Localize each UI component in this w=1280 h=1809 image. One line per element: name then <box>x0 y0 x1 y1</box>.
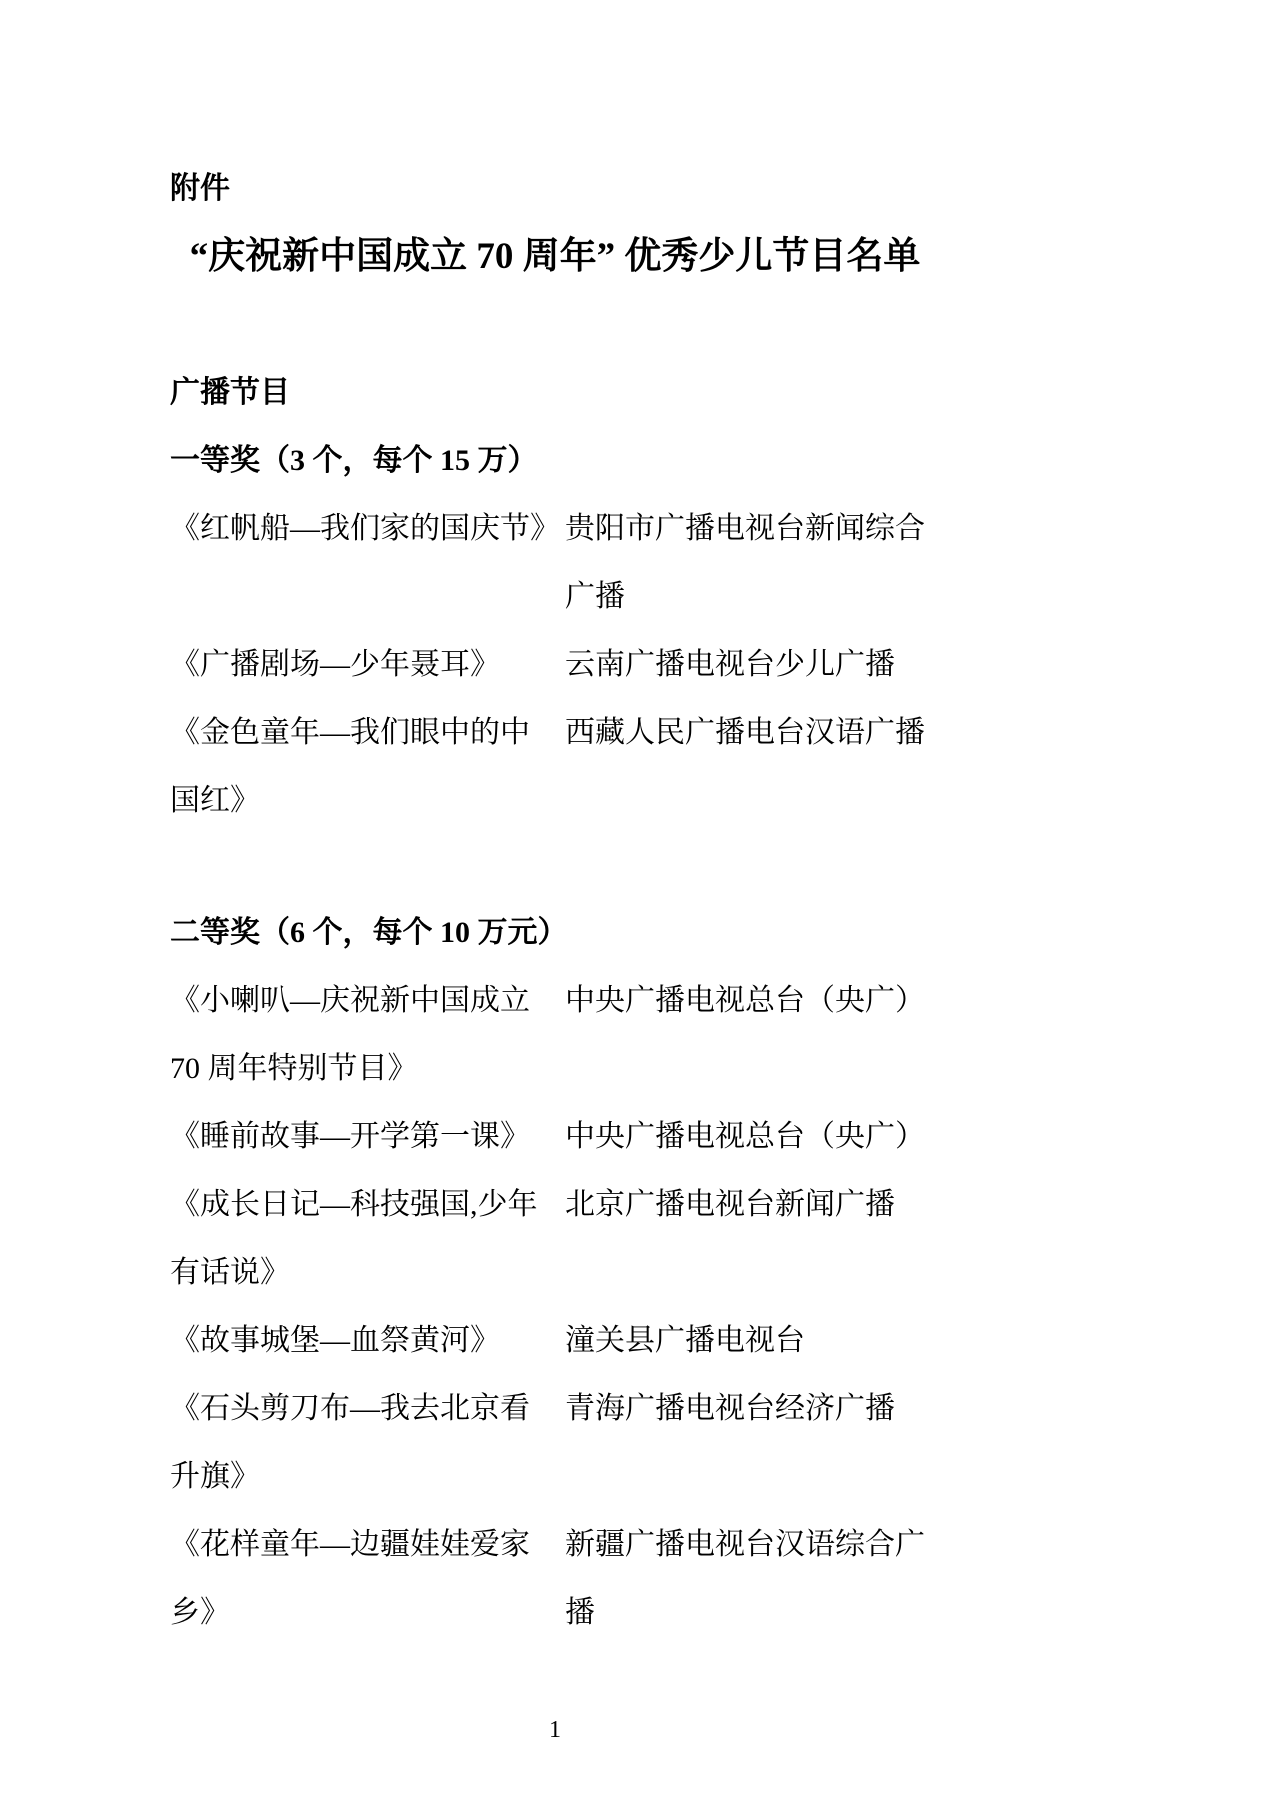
program-title-line: 《故事城堡—血祭黄河》 <box>170 1307 565 1375</box>
station-name: 中央广播电视总台（央广） <box>565 967 940 1035</box>
document-page: 附件 “庆祝新中国成立 70 周年” 优秀少儿节目名单 广播节目 一等奖（3 个… <box>0 0 1280 1809</box>
program-title-line: 《红帆船—我们家的国庆节》 <box>170 495 565 563</box>
program-title-line: 《睡前故事—开学第一课》 <box>170 1103 565 1171</box>
attachment-label: 附件 <box>170 155 940 223</box>
program-title-line: 《广播剧场—少年聂耳》 <box>170 631 565 699</box>
station-name: 北京广播电视台新闻广播 <box>565 1171 940 1239</box>
program-title-line: 《小喇叭—庆祝新中国成立 <box>170 967 565 1035</box>
program-title-line: 《石头剪刀布—我去北京看 <box>170 1375 565 1443</box>
program-title: 《成长日记—科技强国,少年有话说》 <box>170 1171 565 1307</box>
station-name-line: 西藏人民广播电台汉语广播 <box>565 699 940 767</box>
station-name: 云南广播电视台少儿广播 <box>565 631 940 699</box>
program-row: 《成长日记—科技强国,少年有话说》北京广播电视台新闻广播 <box>170 1171 940 1307</box>
station-name-line: 青海广播电视台经济广播 <box>565 1375 940 1443</box>
station-name: 贵阳市广播电视台新闻综合广播 <box>565 495 940 631</box>
station-name-line: 新疆广播电视台汉语综合广 <box>565 1511 940 1579</box>
program-row: 《睡前故事—开学第一课》中央广播电视总台（央广） <box>170 1103 940 1171</box>
program-row: 《广播剧场—少年聂耳》云南广播电视台少儿广播 <box>170 631 940 699</box>
station-name-line: 云南广播电视台少儿广播 <box>565 631 940 699</box>
program-title: 《小喇叭—庆祝新中国成立70 周年特别节目》 <box>170 967 565 1103</box>
program-row: 《石头剪刀布—我去北京看升旗》青海广播电视台经济广播 <box>170 1375 940 1511</box>
section-header-radio-programs: 广播节目 <box>170 359 940 427</box>
program-title: 《花样童年—边疆娃娃爱家乡》 <box>170 1511 565 1647</box>
station-name-line: 潼关县广播电视台 <box>565 1307 940 1375</box>
station-name: 西藏人民广播电台汉语广播 <box>565 699 940 767</box>
program-title-line: 国红》 <box>170 767 565 835</box>
station-name: 潼关县广播电视台 <box>565 1307 940 1375</box>
program-title-line: 乡》 <box>170 1579 565 1647</box>
station-name: 中央广播电视总台（央广） <box>565 1103 940 1171</box>
document-title: “庆祝新中国成立 70 周年” 优秀少儿节目名单 <box>170 223 940 291</box>
program-title: 《睡前故事—开学第一课》 <box>170 1103 565 1171</box>
prize-header: 二等奖（6 个，每个 10 万元） <box>170 899 940 967</box>
station-name-line: 播 <box>565 1579 940 1647</box>
station-name-line: 广播 <box>565 563 940 631</box>
station-name-line: 贵阳市广播电视台新闻综合 <box>565 495 940 563</box>
prize-header: 一等奖（3 个，每个 15 万） <box>170 427 940 495</box>
station-name-line: 中央广播电视总台（央广） <box>565 967 940 1035</box>
program-title: 《金色童年—我们眼中的中国红》 <box>170 699 565 835</box>
page-number: 1 <box>170 1716 940 1744</box>
program-title-line: 升旗》 <box>170 1443 565 1511</box>
program-title: 《广播剧场—少年聂耳》 <box>170 631 565 699</box>
program-title: 《红帆船—我们家的国庆节》 <box>170 495 565 563</box>
program-title-line: 《金色童年—我们眼中的中 <box>170 699 565 767</box>
program-title-line: 《成长日记—科技强国,少年 <box>170 1171 565 1239</box>
program-title-line: 有话说》 <box>170 1239 565 1307</box>
station-name-line: 北京广播电视台新闻广播 <box>565 1171 940 1239</box>
program-title-line: 70 周年特别节目》 <box>170 1035 565 1103</box>
station-name: 青海广播电视台经济广播 <box>565 1375 940 1443</box>
program-title-line: 《花样童年—边疆娃娃爱家 <box>170 1511 565 1579</box>
station-name-line: 中央广播电视总台（央广） <box>565 1103 940 1171</box>
station-name: 新疆广播电视台汉语综合广播 <box>565 1511 940 1647</box>
program-row: 《金色童年—我们眼中的中国红》西藏人民广播电台汉语广播 <box>170 699 940 835</box>
program-row: 《故事城堡—血祭黄河》潼关县广播电视台 <box>170 1307 940 1375</box>
program-row: 《小喇叭—庆祝新中国成立70 周年特别节目》中央广播电视总台（央广） <box>170 967 940 1103</box>
program-row: 《红帆船—我们家的国庆节》贵阳市广播电视台新闻综合广播 <box>170 495 940 631</box>
prize-groups: 一等奖（3 个，每个 15 万）《红帆船—我们家的国庆节》贵阳市广播电视台新闻综… <box>170 427 940 1647</box>
program-title: 《故事城堡—血祭黄河》 <box>170 1307 565 1375</box>
program-title: 《石头剪刀布—我去北京看升旗》 <box>170 1375 565 1511</box>
program-row: 《花样童年—边疆娃娃爱家乡》新疆广播电视台汉语综合广播 <box>170 1511 940 1647</box>
